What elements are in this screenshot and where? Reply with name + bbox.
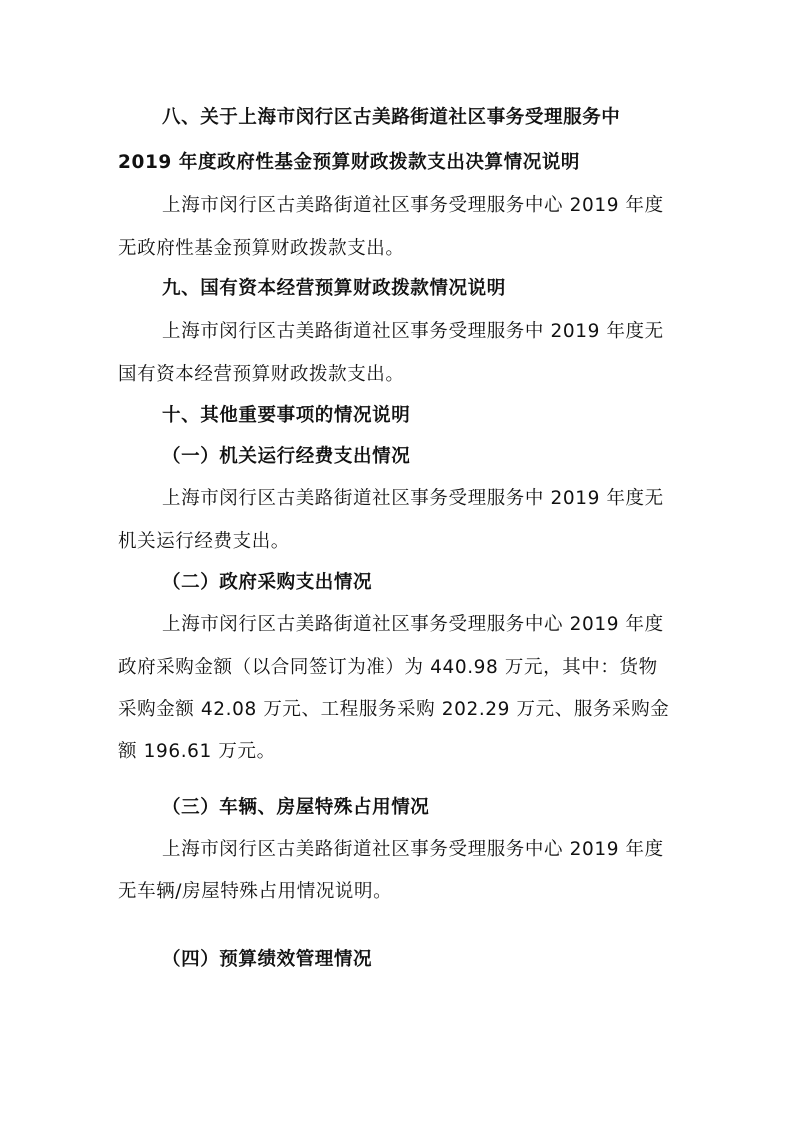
section-10-heading: 十、其他重要事项的情况说明 (162, 404, 410, 428)
subsection-4-heading: （四）预算绩效管理情况 (162, 948, 372, 972)
subsection-2-heading: （二）政府采购支出情况 (162, 571, 372, 595)
subsection-1-body-cont: 机关运行经费支出。 (118, 530, 290, 554)
subsection-1-heading: （一）机关运行经费支出情况 (162, 445, 410, 469)
subsection-3-body: 上海市闵行区古美路街道社区事务受理服务中心 2019 年度 (162, 838, 664, 862)
section-8-heading-cont: 2019 年度政府性基金预算财政拨款支出决算情况说明 (118, 151, 580, 175)
section-9-heading: 九、国有资本经营预算财政拨款情况说明 (162, 277, 506, 301)
subsection-3-body-cont: 无车辆/房屋特殊占用情况说明。 (118, 880, 392, 904)
section-9-body: 上海市闵行区古美路街道社区事务受理服务中 2019 年度无 (162, 320, 664, 344)
subsection-1-body: 上海市闵行区古美路街道社区事务受理服务中 2019 年度无 (162, 487, 664, 511)
section-8-heading: 八、关于上海市闵行区古美路街道社区事务受理服务中 (162, 106, 620, 130)
section-8-body: 上海市闵行区古美路街道社区事务受理服务中心 2019 年度 (162, 194, 664, 218)
section-9-body-cont: 国有资本经营预算财政拨款支出。 (118, 363, 405, 387)
subsection-2-body-cont: 采购金额 42.08 万元、工程服务采购 202.29 万元、服务采购金 (118, 698, 669, 722)
section-8-body-cont: 无政府性基金预算财政拨款支出。 (118, 237, 405, 261)
subsection-2-body-cont: 政府采购金额（以合同签订为准）为 440.98 万元，其中：货物 (118, 656, 658, 680)
subsection-2-body-cont: 额 196.61 万元。 (118, 740, 276, 764)
subsection-3-heading: （三）车辆、房屋特殊占用情况 (162, 796, 429, 820)
document-page: 八、关于上海市闵行区古美路街道社区事务受理服务中 2019 年度政府性基金预算财… (0, 0, 793, 1122)
subsection-2-body: 上海市闵行区古美路街道社区事务受理服务中心 2019 年度 (162, 613, 664, 637)
